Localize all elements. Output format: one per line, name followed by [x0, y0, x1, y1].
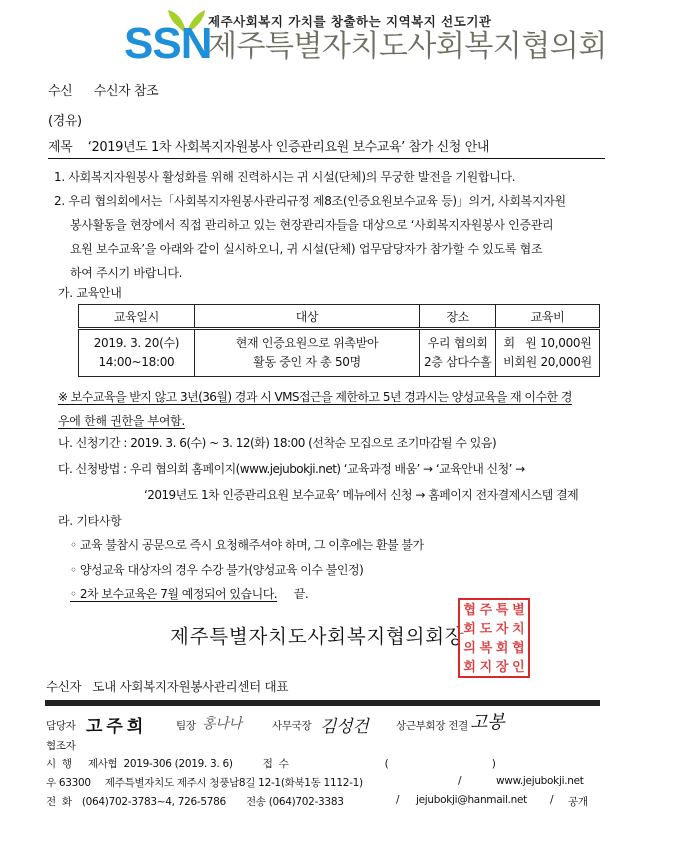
disclosure-status: 공개 — [568, 794, 588, 809]
enforce-value: 제사협 2019-306 (2019. 3. 6) — [88, 758, 233, 770]
paragraph-1: 1. 사회복지자원봉사 활성화를 위해 진력하시는 귀 시설(단체)의 무궁한 … — [54, 168, 515, 185]
org-name: 제주특별자치도사회복지협의회 — [208, 30, 607, 64]
paragraph-2-line-3: 요원 보수교육’을 아래와 같이 실시하오니, 귀 시설(단체) 업무담당자가 … — [70, 240, 542, 257]
address-separator: / — [458, 775, 461, 787]
paragraph-2-line-2: 봉사활동을 현장에서 직접 관리하고 있는 현장관리자들을 대상으로 ‘사회복지… — [70, 216, 553, 233]
section-da-line-2: ‘2019년도 1차 인증관리요원 보수교육’ 메뉴에서 신청 → 홈페이지 전… — [144, 486, 578, 503]
staff-signature: 고주희 — [86, 712, 147, 737]
subject-divider — [48, 158, 605, 159]
cell-fee: 회 원 10,000원 비회원 20,000원 — [496, 329, 600, 377]
contact-separator-1: / — [396, 794, 399, 806]
note-line-1: ※ 보수교육을 받지 않고 3년(36월) 경과 시 VMS접근을 제한하고 5… — [58, 388, 572, 405]
col-header-target: 대상 — [194, 305, 419, 329]
footer-contact-line: 전 화 (064)702-3783~4, 726-5786 전송 (064)70… — [46, 794, 591, 809]
team-leader-label: 팀장 — [176, 718, 196, 733]
official-seal-stamp: 협 주 특 별 회 도 자 치 의 복 회 협 회 지 장 인 — [458, 598, 530, 678]
end-mark: 끝. — [294, 587, 308, 601]
col-header-place: 장소 — [420, 305, 496, 329]
education-table: 교육일시 대상 장소 교육비 2019. 3. 20(수) 14:00~18:0… — [78, 304, 600, 377]
phone-label: 전 화 — [46, 796, 72, 808]
section-na: 나. 신청기간 : 2019. 3. 6(수) ~ 3. 12(화) 18:00… — [58, 434, 496, 451]
address: 제주특별자치도 제주시 청풍남8길 12-1(화북1동 1112-1) — [105, 777, 363, 789]
team-leader-signature: 홍나나 — [202, 713, 242, 733]
section-da-line-1: 다. 신청방법 : 우리 협의회 홈페이지(www.jejubokji.net)… — [58, 460, 525, 477]
recipient-value: 수신자 참조 — [94, 84, 159, 99]
recipient-label: 수신 — [48, 84, 72, 99]
footer-address-line: 우 63300 제주특별자치도 제주시 청풍남8길 12-1(화북1동 1112… — [46, 775, 591, 790]
fax-label: 전송 — [246, 796, 266, 808]
recipient-line: 수신 수신자 참조 — [48, 80, 158, 99]
col-header-fee: 교육비 — [496, 305, 600, 329]
contact-separator-2: / — [550, 794, 553, 806]
email-link[interactable]: jejubokji@hanmail.net — [416, 794, 527, 806]
section-ga-heading: 가. 교육안내 — [58, 284, 122, 301]
receipt-value: ( ) — [385, 758, 496, 770]
note-line-2: 우에 한해 권한을 부여함. — [58, 412, 185, 429]
enforce-label: 시 행 — [46, 758, 72, 770]
vice-president-signature: 고봉 — [470, 708, 504, 734]
paragraph-2-line-1: 2. 우리 협의회에서는「사회복지자원봉사관리규정 제8조(인증요원보수교육 등… — [54, 192, 566, 209]
staff-label: 담당자 — [46, 718, 76, 733]
director-signature: 김성건 — [320, 712, 368, 737]
cooperator-label: 협조자 — [46, 738, 76, 753]
etc-item-2: ◦ 양성교육 대상자의 경우 수강 불가(양성교육 이수 불인정) — [70, 561, 363, 578]
paragraph-2-line-4: 하여 주시기 바랍니다. — [70, 264, 182, 281]
subject-line: 제목 ‘2019년도 1차 사회복지자원봉사 인증관리요원 보수교육’ 참가 신… — [48, 136, 489, 155]
logo-ssn: SSN — [124, 22, 211, 66]
etc-item-3-line: ◦ 2차 보수교육은 7월 예정되어 있습니다. 끝. — [70, 585, 308, 602]
subject-value: ‘2019년도 1차 사회복지자원봉사 인증관리요원 보수교육’ 참가 신청 안… — [88, 140, 489, 155]
footer-enforce-line: 시 행 제사협 2019-306 (2019. 3. 6) 접 수 ( ) — [46, 756, 496, 771]
table-header-row: 교육일시 대상 장소 교육비 — [79, 305, 600, 329]
approval-row: 담당자 고주희 팀장 홍나나 사무국장 김성건 상근부회장 전결 고봉 — [46, 712, 626, 736]
letterhead: SSN 제주사회복지 가치를 창출하는 지역복지 선도기관 제주특별자치도사회복… — [0, 0, 674, 72]
via-line: (경유) — [48, 110, 82, 129]
director-label: 사무국장 — [272, 718, 311, 733]
cell-datetime: 2019. 3. 20(수) 14:00~18:00 — [79, 329, 195, 377]
vice-president-label: 상근부회장 전결 — [396, 718, 468, 733]
fax-value: (064)702-3383 — [269, 796, 344, 808]
section-ra-heading: 라. 기타사항 — [58, 512, 122, 529]
recipients-list: 수신자 도내 사회복지자원봉사관리센터 대표 — [46, 677, 288, 695]
etc-item-3: ◦ 2차 보수교육은 7월 예정되어 있습니다. — [70, 587, 277, 601]
cell-target: 현재 인증요원으로 위촉받아 활동 중인 자 총 50명 — [194, 329, 419, 377]
section-divider-bar — [45, 700, 600, 706]
slogan: 제주사회복지 가치를 창출하는 지역복지 선도기관 — [208, 12, 491, 30]
org-head-signature: 제주특별자치도사회복지협의회장 — [170, 621, 465, 649]
subject-label: 제목 — [48, 140, 72, 155]
cell-place: 우리 협의회 2층 삼다수홀 — [420, 329, 496, 377]
website-link[interactable]: www.jejubokji.net — [496, 775, 584, 787]
phone-value: (064)702-3783~4, 726-5786 — [82, 796, 226, 808]
postal-code: 우 63300 — [46, 777, 91, 789]
col-header-datetime: 교육일시 — [79, 305, 195, 329]
receipt-label: 접 수 — [263, 758, 289, 770]
etc-item-1: ◦ 교육 불참시 공문으로 즉시 요청해주셔야 하며, 그 이후에는 환불 불가 — [70, 536, 424, 553]
table-row: 2019. 3. 20(수) 14:00~18:00 현재 인증요원으로 위촉받… — [79, 329, 600, 377]
